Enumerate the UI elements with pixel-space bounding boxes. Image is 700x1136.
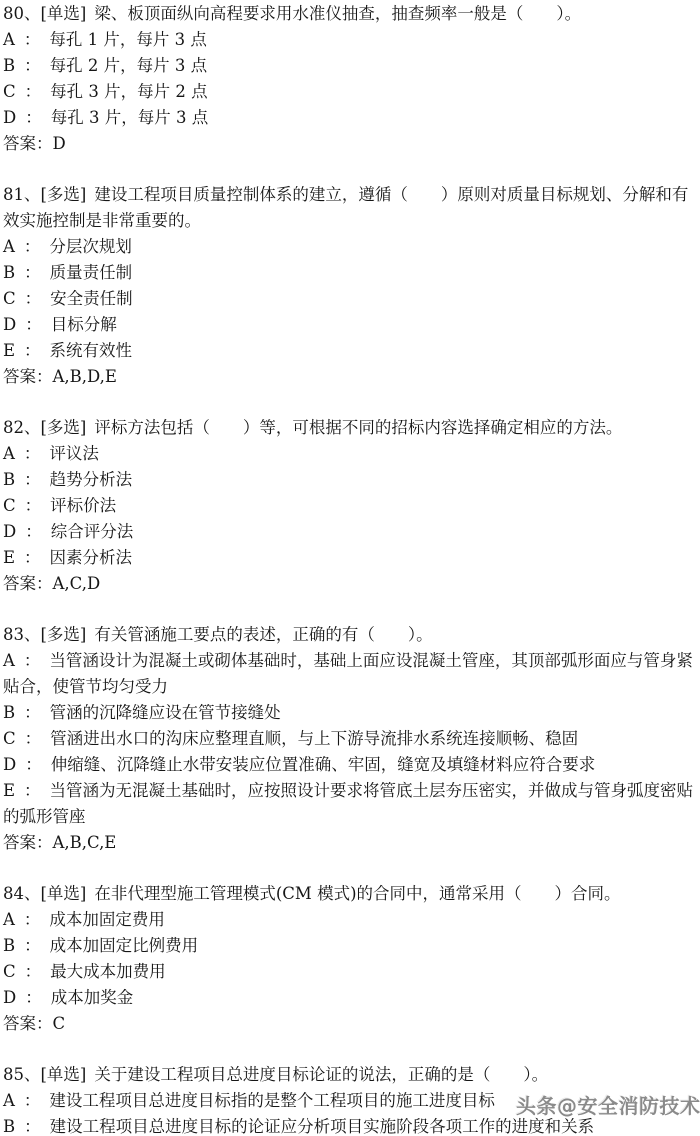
option-separator: ： bbox=[24, 910, 41, 929]
option-row: E：因素分析法 bbox=[3, 545, 698, 571]
question-block: 80、[单选]梁、板顶面纵向高程要求用水准仪抽查，抽查频率一般是（ ）。A：每孔… bbox=[3, 1, 698, 157]
question-stem-text: 有关管涵施工要点的表述，正确的有（ ）。 bbox=[94, 625, 432, 644]
option-label: D bbox=[3, 315, 16, 334]
question-type-tag: [单选] bbox=[41, 884, 87, 903]
option-row: C：安全责任制 bbox=[3, 286, 698, 312]
option-label: E bbox=[3, 548, 15, 567]
option-row: D：每孔 3 片，每片 3 点 bbox=[3, 105, 698, 131]
option-row: D：成本加奖金 bbox=[3, 985, 698, 1011]
option-text: 质量责任制 bbox=[50, 263, 133, 282]
question-number: 80、 bbox=[3, 4, 41, 23]
option-separator: ： bbox=[24, 1091, 41, 1110]
option-separator: ： bbox=[24, 781, 41, 800]
option-separator: ： bbox=[24, 651, 41, 670]
option-separator: ： bbox=[25, 289, 42, 308]
question-stem-text: 在非代理型施工管理模式(CM 模式)的合同中，通常采用（ ）合同。 bbox=[94, 884, 620, 903]
question-stem: 82、[多选]评标方法包括（ ）等，可根据不同的招标内容选择确定相应的方法。 bbox=[3, 415, 698, 441]
option-separator: ： bbox=[24, 1117, 41, 1136]
option-text: 每孔 3 片，每片 3 点 bbox=[51, 108, 208, 127]
option-row: A：每孔 1 片，每片 3 点 bbox=[3, 27, 698, 53]
option-separator: ： bbox=[25, 729, 42, 748]
option-text: 管涵的沉降缝应设在管节接缝处 bbox=[50, 703, 281, 722]
option-label: B bbox=[3, 56, 15, 75]
option-separator: ： bbox=[24, 936, 41, 955]
option-row: C：管涵进出水口的沟床应整理直顺，与上下游导流排水系统连接顺畅、稳固 bbox=[3, 726, 698, 752]
question-block: 84、[单选]在非代理型施工管理模式(CM 模式)的合同中，通常采用（ ）合同。… bbox=[3, 881, 698, 1037]
option-row: B：每孔 2 片，每片 3 点 bbox=[3, 53, 698, 79]
answer-row: 答案：A,C,D bbox=[3, 571, 698, 597]
question-block: 83、[多选]有关管涵施工要点的表述，正确的有（ ）。A：当管涵设计为混凝土或砌… bbox=[3, 622, 698, 856]
option-separator: ： bbox=[25, 496, 42, 515]
option-text: 当管涵设计为混凝土或砌体基础时，基础上面应设混凝土管座，其顶部弧形面应与管身紧贴… bbox=[3, 651, 693, 696]
option-label: C bbox=[3, 496, 16, 515]
answer-value: C bbox=[53, 1014, 66, 1033]
question-stem: 80、[单选]梁、板顶面纵向高程要求用水准仪抽查，抽查频率一般是（ ）。 bbox=[3, 1, 698, 27]
question-type-tag: [单选] bbox=[41, 1065, 87, 1084]
answer-value: A,C,D bbox=[53, 574, 101, 593]
option-text: 趋势分析法 bbox=[50, 470, 133, 489]
option-row: C：每孔 3 片，每片 2 点 bbox=[3, 79, 698, 105]
option-row: D：目标分解 bbox=[3, 312, 698, 338]
answer-label: 答案： bbox=[3, 1014, 53, 1033]
option-label: A bbox=[3, 651, 15, 670]
question-type-tag: [多选] bbox=[41, 185, 87, 204]
watermark: 头条@安全消防技术 bbox=[516, 1090, 700, 1119]
option-label: A bbox=[3, 910, 15, 929]
question-stem-text: 关于建设工程项目总进度目标论证的说法，正确的是（ ）。 bbox=[94, 1065, 548, 1084]
option-separator: ： bbox=[25, 522, 42, 541]
option-label: E bbox=[3, 341, 15, 360]
question-stem-text: 建设工程项目质量控制体系的建立，遵循（ ）原则对质量目标规划、分解和有效实施控制… bbox=[3, 185, 688, 230]
option-label: A bbox=[3, 444, 15, 463]
option-label: D bbox=[3, 988, 16, 1007]
option-separator: ： bbox=[24, 548, 41, 567]
option-text: 伸缩缝、沉降缝止水带安装应位置准确、牢固，缝宽及填缝材料应符合要求 bbox=[51, 755, 596, 774]
option-row: A：成本加固定费用 bbox=[3, 907, 698, 933]
option-separator: ： bbox=[24, 237, 41, 256]
question-stem: 83、[多选]有关管涵施工要点的表述，正确的有（ ）。 bbox=[3, 622, 698, 648]
option-separator: ： bbox=[25, 962, 42, 981]
option-row: D：综合评分法 bbox=[3, 519, 698, 545]
option-separator: ： bbox=[25, 988, 42, 1007]
option-separator: ： bbox=[24, 703, 41, 722]
question-number: 82、 bbox=[3, 418, 41, 437]
option-label: B bbox=[3, 470, 15, 489]
question-stem-text: 评标方法包括（ ）等，可根据不同的招标内容选择确定相应的方法。 bbox=[94, 418, 622, 437]
question-number: 85、 bbox=[3, 1065, 41, 1084]
option-separator: ： bbox=[25, 108, 42, 127]
option-text: 系统有效性 bbox=[50, 341, 133, 360]
option-label: C bbox=[3, 729, 16, 748]
answer-label: 答案： bbox=[3, 833, 53, 852]
option-row: E：系统有效性 bbox=[3, 338, 698, 364]
option-separator: ： bbox=[25, 82, 42, 101]
option-text: 评标价法 bbox=[50, 496, 116, 515]
option-label: C bbox=[3, 82, 16, 101]
question-block: 82、[多选]评标方法包括（ ）等，可根据不同的招标内容选择确定相应的方法。A：… bbox=[3, 415, 698, 597]
option-label: B bbox=[3, 263, 15, 282]
option-text: 建设工程项目总进度目标指的是整个工程项目的施工进度目标 bbox=[49, 1091, 495, 1110]
question-stem: 85、[单选]关于建设工程项目总进度目标论证的说法，正确的是（ ）。 bbox=[3, 1062, 698, 1088]
question-stem: 84、[单选]在非代理型施工管理模式(CM 模式)的合同中，通常采用（ ）合同。 bbox=[3, 881, 698, 907]
option-separator: ： bbox=[25, 755, 42, 774]
option-text: 分层次规划 bbox=[49, 237, 132, 256]
option-row: C：评标价法 bbox=[3, 493, 698, 519]
option-label: A bbox=[3, 30, 15, 49]
question-list: 80、[单选]梁、板顶面纵向高程要求用水准仪抽查，抽查频率一般是（ ）。A：每孔… bbox=[3, 1, 698, 1136]
answer-row: 答案：C bbox=[3, 1011, 698, 1037]
question-block: 81、[多选]建设工程项目质量控制体系的建立，遵循（ ）原则对质量目标规划、分解… bbox=[3, 182, 698, 390]
option-text: 每孔 2 片，每片 3 点 bbox=[50, 56, 207, 75]
question-document: 80、[单选]梁、板顶面纵向高程要求用水准仪抽查，抽查频率一般是（ ）。A：每孔… bbox=[0, 0, 700, 1136]
option-text: 建设工程项目总进度目标的论证应分析项目实施阶段各项工作的进度和关系 bbox=[50, 1117, 595, 1136]
answer-value: A,B,D,E bbox=[53, 367, 117, 386]
option-label: C bbox=[3, 962, 16, 981]
answer-row: 答案：A,B,D,E bbox=[3, 364, 698, 390]
option-row: C：最大成本加费用 bbox=[3, 959, 698, 985]
option-row: E：当管涵为无混凝土基础时，应按照设计要求将管底土层夯压密实，并做成与管身弧度密… bbox=[3, 778, 698, 830]
option-row: B：管涵的沉降缝应设在管节接缝处 bbox=[3, 700, 698, 726]
option-label: C bbox=[3, 289, 16, 308]
option-text: 成本加奖金 bbox=[51, 988, 134, 1007]
answer-row: 答案：D bbox=[3, 131, 698, 157]
option-label: A bbox=[3, 1091, 15, 1110]
option-row: D：伸缩缝、沉降缝止水带安装应位置准确、牢固，缝宽及填缝材料应符合要求 bbox=[3, 752, 698, 778]
question-number: 84、 bbox=[3, 884, 41, 903]
option-text: 成本加固定比例费用 bbox=[50, 936, 199, 955]
question-stem: 81、[多选]建设工程项目质量控制体系的建立，遵循（ ）原则对质量目标规划、分解… bbox=[3, 182, 698, 234]
option-text: 目标分解 bbox=[51, 315, 117, 334]
option-text: 综合评分法 bbox=[51, 522, 134, 541]
question-number: 83、 bbox=[3, 625, 41, 644]
option-label: D bbox=[3, 108, 16, 127]
option-label: D bbox=[3, 522, 16, 541]
option-row: B：趋势分析法 bbox=[3, 467, 698, 493]
option-label: A bbox=[3, 237, 15, 256]
option-separator: ： bbox=[24, 444, 41, 463]
option-separator: ： bbox=[24, 341, 41, 360]
answer-label: 答案： bbox=[3, 134, 53, 153]
option-row: B：成本加固定比例费用 bbox=[3, 933, 698, 959]
option-text: 安全责任制 bbox=[50, 289, 133, 308]
option-row: A：分层次规划 bbox=[3, 234, 698, 260]
question-type-tag: [多选] bbox=[41, 418, 87, 437]
option-text: 因素分析法 bbox=[50, 548, 133, 567]
option-separator: ： bbox=[24, 56, 41, 75]
option-label: B bbox=[3, 703, 15, 722]
question-stem-text: 梁、板顶面纵向高程要求用水准仪抽查，抽查频率一般是（ ）。 bbox=[94, 4, 581, 23]
option-text: 每孔 1 片，每片 3 点 bbox=[49, 30, 206, 49]
answer-value: A,B,C,E bbox=[53, 833, 117, 852]
option-separator: ： bbox=[24, 30, 41, 49]
question-number: 81、 bbox=[3, 185, 41, 204]
answer-value: D bbox=[53, 134, 66, 153]
option-text: 管涵进出水口的沟床应整理直顺，与上下游导流排水系统连接顺畅、稳固 bbox=[50, 729, 578, 748]
option-text: 成本加固定费用 bbox=[49, 910, 165, 929]
question-type-tag: [多选] bbox=[41, 625, 87, 644]
option-separator: ： bbox=[24, 470, 41, 489]
option-label: B bbox=[3, 936, 15, 955]
answer-row: 答案：A,B,C,E bbox=[3, 830, 698, 856]
option-text: 评议法 bbox=[49, 444, 99, 463]
answer-label: 答案： bbox=[3, 574, 53, 593]
option-row: B：质量责任制 bbox=[3, 260, 698, 286]
option-text: 每孔 3 片，每片 2 点 bbox=[50, 82, 207, 101]
option-separator: ： bbox=[25, 315, 42, 334]
option-text: 最大成本加费用 bbox=[50, 962, 166, 981]
option-label: D bbox=[3, 755, 16, 774]
option-label: B bbox=[3, 1117, 15, 1136]
option-separator: ： bbox=[24, 263, 41, 282]
answer-label: 答案： bbox=[3, 367, 53, 386]
option-row: A：当管涵设计为混凝土或砌体基础时，基础上面应设混凝土管座，其顶部弧形面应与管身… bbox=[3, 648, 698, 700]
option-label: E bbox=[3, 781, 15, 800]
question-type-tag: [单选] bbox=[41, 4, 87, 23]
option-row: A：评议法 bbox=[3, 441, 698, 467]
option-text: 当管涵为无混凝土基础时，应按照设计要求将管底土层夯压密实，并做成与管身弧度密贴的… bbox=[3, 781, 693, 826]
